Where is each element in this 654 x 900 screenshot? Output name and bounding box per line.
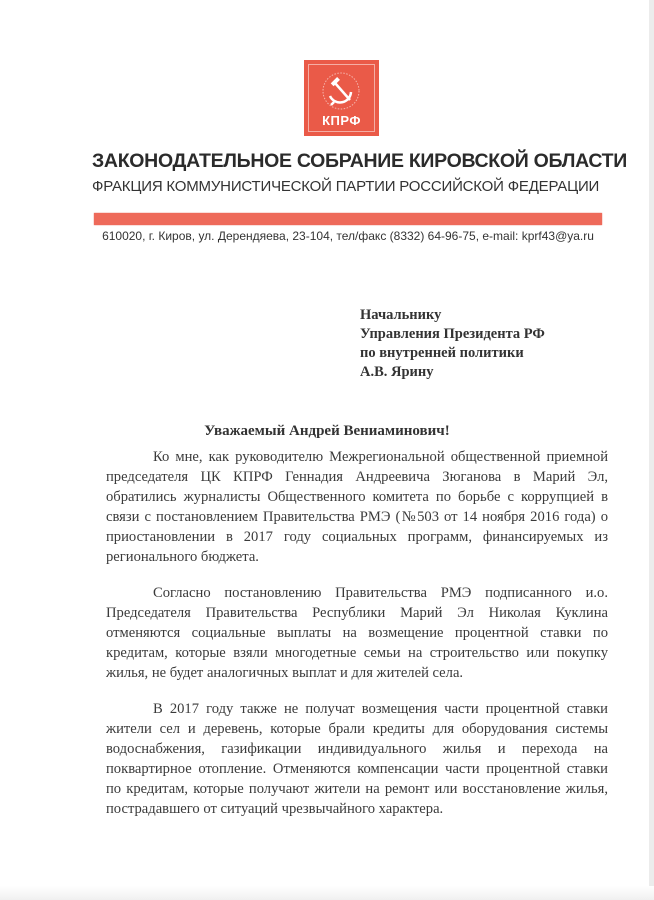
logo-text: КПРФ [304,113,379,128]
salutation: Уважаемый Андрей Вениаминович! [0,423,654,440]
letterhead-divider [94,213,602,225]
addressee-line: по внутренней политики [360,344,545,363]
paragraph: Ко мне, как руководителю Межрегиональной… [106,447,608,567]
kprf-logo: КПРФ [304,60,379,136]
faction-subtitle: ФРАКЦИЯ КОММУНИСТИЧЕСКОЙ ПАРТИИ РОССИЙСК… [92,178,592,195]
hammer-sickle-icon [320,70,362,112]
addressee-line: Начальнику [360,306,545,325]
paragraph: В 2017 году также не получат возмещения … [106,699,608,819]
organization-title: ЗАКОНОДАТЕЛЬНОЕ СОБРАНИЕ КИРОВСКОЙ ОБЛАС… [92,150,592,173]
addressee-line: Управления Президента РФ [360,325,545,344]
contact-info: 610020, г. Киров, ул. Дерендяева, 23-104… [94,229,602,243]
letter-body: Ко мне, как руководителю Межрегиональной… [106,447,608,835]
scan-edge-right [649,0,654,900]
scan-edge-bottom [0,886,654,900]
paragraph: Согласно постановлению Правительства РМЭ… [106,583,608,683]
addressee-block: Начальнику Управления Президента РФ по в… [360,306,545,382]
addressee-line: А.В. Ярину [360,363,545,382]
